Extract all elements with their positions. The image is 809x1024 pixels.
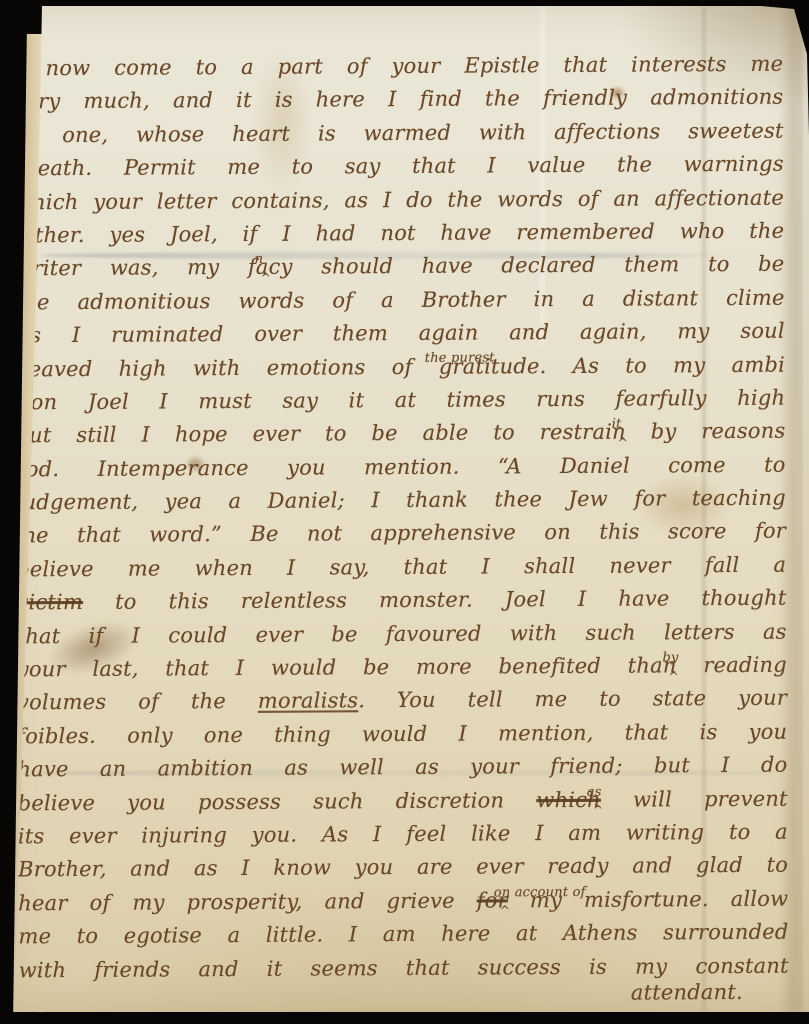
letter-text: the admonitious words of a Brother in a … <box>15 285 785 314</box>
inserted-word: the purest <box>425 352 495 365</box>
letter-text: will prevent <box>601 786 788 811</box>
scan-background: I now come to a part of your Epistle tha… <box>0 0 809 1024</box>
letter-line: heaved high with emotions of the purestg… <box>15 348 785 386</box>
underlined-text: moralists <box>258 689 358 714</box>
letter-text: breath. Permit me to say that I value th… <box>14 152 784 181</box>
letter-text: cy should have declared them to be <box>269 252 785 279</box>
letter-text: volumes of the <box>17 689 258 714</box>
letter-text: father. yes Joel, if I had not have reme… <box>14 219 784 248</box>
letter-line: I now come to a part of your Epistle tha… <box>13 48 783 86</box>
letter-line: which your letter contains, as I do the … <box>14 181 784 219</box>
letter-line: Brother, and as I know you are ever read… <box>18 849 788 887</box>
letter-line: that if I could ever be favoured with su… <box>17 615 787 653</box>
letter-text: writer was, my fa <box>14 255 268 281</box>
letter-line: me that word.” Be not apprehensive on th… <box>16 515 786 553</box>
letter-text: Brother, and as I know you are ever read… <box>18 853 788 882</box>
letter-line: father. yes Joel, if I had not have reme… <box>14 215 784 253</box>
letter-text: me that word.” Be not apprehensive on th… <box>16 519 786 548</box>
letter-text: which your letter contains, as I do the … <box>14 185 784 214</box>
letter-text: believe you possess such discretion <box>18 788 537 815</box>
letter-line: me to egotise a little. I am here at Ath… <box>18 916 788 954</box>
letter-line: As I ruminated over them again and again… <box>15 315 785 353</box>
letter-text: tion Joel I must say it at times runs fe… <box>15 386 785 415</box>
letter-text: that if I could ever be favoured with su… <box>17 619 787 648</box>
letter-body: I now come to a part of your Epistle tha… <box>13 48 789 1014</box>
letter-line: believe me when I say, that I shall neve… <box>16 549 786 587</box>
insertion-caret: ^ <box>261 262 271 295</box>
insertion-caret: ^ <box>618 427 628 460</box>
insertion-caret: ^ <box>669 660 679 693</box>
insertion-caret: ^ <box>500 895 510 928</box>
letter-text: judgement, yea a Daniel; I thank thee Je… <box>16 486 786 515</box>
letter-text: heaved high with emotions of <box>15 354 439 381</box>
letter-text: by reasons <box>626 419 786 444</box>
letter-text: foibles. only one thing would I mention,… <box>17 719 787 748</box>
letter-line: the admonitious words of a Brother in a … <box>14 281 784 319</box>
letter-text: attendant. <box>631 980 743 1005</box>
letter-text: of one, whose heart is warmed with affec… <box>14 118 784 147</box>
letter-text: its ever injuring you. As I feel like I … <box>18 820 788 849</box>
letter-paper: I now come to a part of your Epistle tha… <box>0 6 809 1012</box>
letter-line: but still I hope ever to be able to rest… <box>15 415 785 453</box>
letter-text: to this relentless monster. Joel I have … <box>83 586 787 614</box>
letter-text: believe me when I say, that I shall neve… <box>16 553 786 582</box>
letter-text: very much, and it is here I find the fri… <box>13 85 783 114</box>
letter-line: foibles. only one thing would I mention,… <box>17 715 787 753</box>
letter-line: its ever injuring you. As I feel like I … <box>18 816 788 854</box>
letter-text: reading <box>676 653 786 678</box>
letter-line: tion Joel I must say it at times runs fe… <box>15 382 785 420</box>
letter-text: hear of my prosperity, and grieve <box>18 888 477 915</box>
letter-text: I now come to a part of your Epistle tha… <box>13 52 783 81</box>
insertion-caret: ^ <box>593 794 603 827</box>
letter-line: victim to this relentless monster. Joel … <box>16 582 786 620</box>
letter-line: believe you possess such discretion whic… <box>18 782 788 820</box>
letter-line: very much, and it is here I find the fri… <box>13 81 783 119</box>
letter-line: breath. Permit me to say that I value th… <box>14 148 784 186</box>
letter-text: rod. Intemperance you mention. “A Daniel… <box>16 452 786 481</box>
letter-line: rod. Intemperance you mention. “A Daniel… <box>16 448 786 486</box>
letter-line: your last, that I would be more benefite… <box>17 649 787 687</box>
letter-text: me to egotise a little. I am here at Ath… <box>18 920 788 949</box>
letter-line: of one, whose heart is warmed with affec… <box>13 114 783 152</box>
letter-text: have an ambition as well as your friend;… <box>17 753 787 782</box>
letter-line: judgement, yea a Daniel; I thank thee Je… <box>16 482 786 520</box>
letter-line: writer was, my fan^cy should have declar… <box>14 248 784 286</box>
letter-text: but still I hope ever to be able to rest… <box>15 420 626 448</box>
letter-line: hear of my prosperity, and grieve foron … <box>18 882 788 920</box>
letter-text: . You tell me to state your <box>358 686 787 713</box>
letter-text: As I ruminated over them again and again… <box>15 319 785 348</box>
letter-line: have an ambition as well as your friend;… <box>17 749 787 787</box>
letter-text: your last, that I would be more benefite… <box>17 653 677 681</box>
